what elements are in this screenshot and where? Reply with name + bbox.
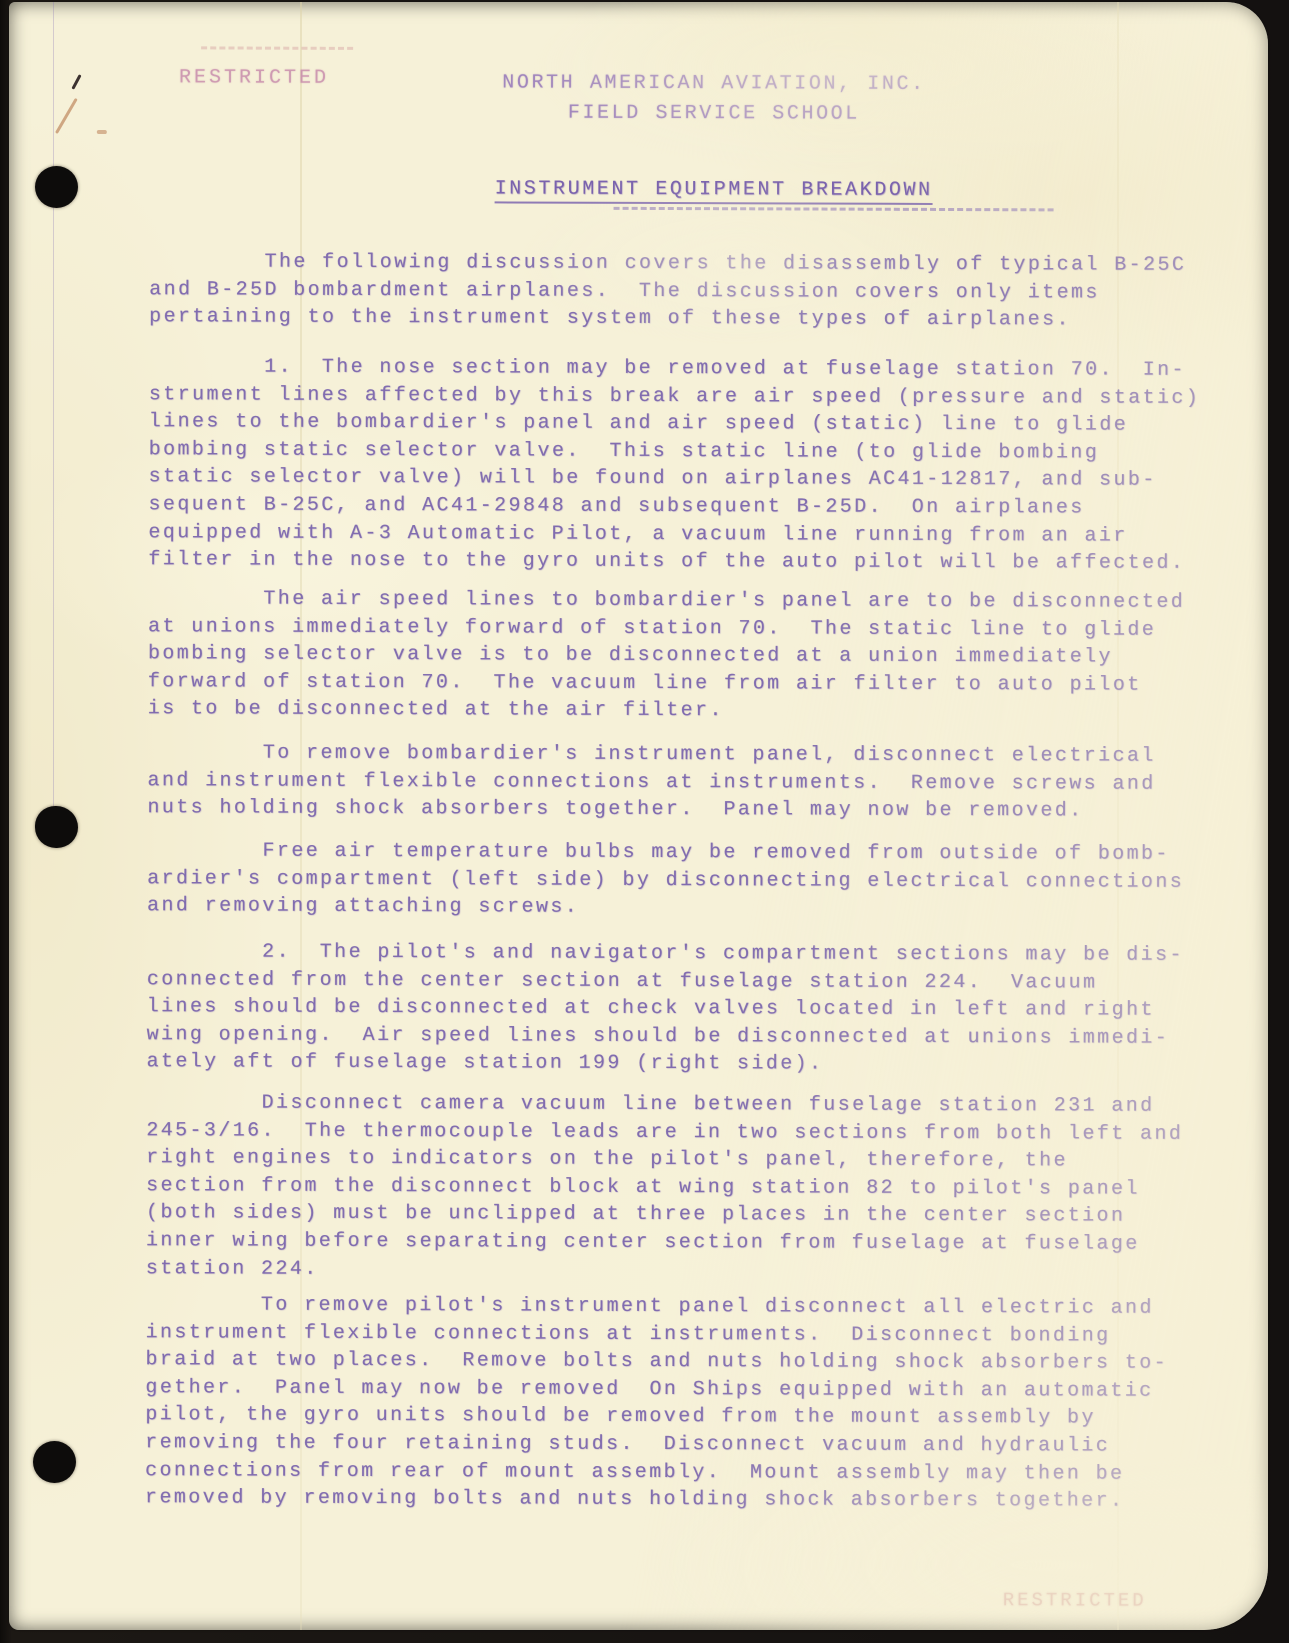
header-block: NORTH AMERICAN AVIATION, INC. FIELD SERV…: [409, 3, 1019, 5]
restricted-stamp-top: RESTRICTED: [179, 66, 329, 90]
paragraph-bombardier-panel: To remove bombardier's instrument panel,…: [147, 739, 1262, 826]
paragraph-pilot-panel: To remove pilot's instrument panel disco…: [145, 1291, 1261, 1516]
paragraph-camera-vacuum: Disconnect camera vacuum line between fu…: [146, 1089, 1262, 1286]
pen-mark: [97, 130, 107, 134]
restricted-stamp-bottom: RESTRICTED: [1003, 1589, 1147, 1612]
paragraph-airspeed-lines: The air speed lines to bombardier's pane…: [148, 585, 1263, 727]
paragraph-2-pilot-navigator: 2. The pilot's and navigator's compartme…: [147, 938, 1262, 1080]
page-title: INSTRUMENT EQUIPMENT BREAKDOWN: [409, 177, 1019, 205]
page-title-text: INSTRUMENT EQUIPMENT BREAKDOWN: [495, 177, 933, 205]
punch-hole: [35, 806, 78, 848]
punch-hole: [33, 1441, 76, 1483]
punch-hole: [35, 166, 78, 208]
paragraph-intro: The following discussion covers the disa…: [149, 248, 1264, 335]
unit-name: FIELD SERVICE SCHOOL: [409, 101, 1019, 126]
title-underline: [614, 207, 1054, 212]
paragraph-free-air-bulbs: Free air temperature bulbs may be remove…: [147, 837, 1262, 924]
company-name: NORTH AMERICAN AVIATION, INC.: [409, 71, 1019, 96]
pen-mark: [55, 98, 78, 134]
pen-mark: [71, 74, 81, 90]
erased-text-remnant: [201, 46, 353, 50]
page-content: RESTRICTED NORTH AMERICAN AVIATION, INC.…: [4, 2, 1269, 1634]
paragraph-1-nose-section: 1. The nose section may be removed at fu…: [148, 353, 1264, 578]
paper-sheet: RESTRICTED NORTH AMERICAN AVIATION, INC.…: [9, 2, 1268, 1630]
